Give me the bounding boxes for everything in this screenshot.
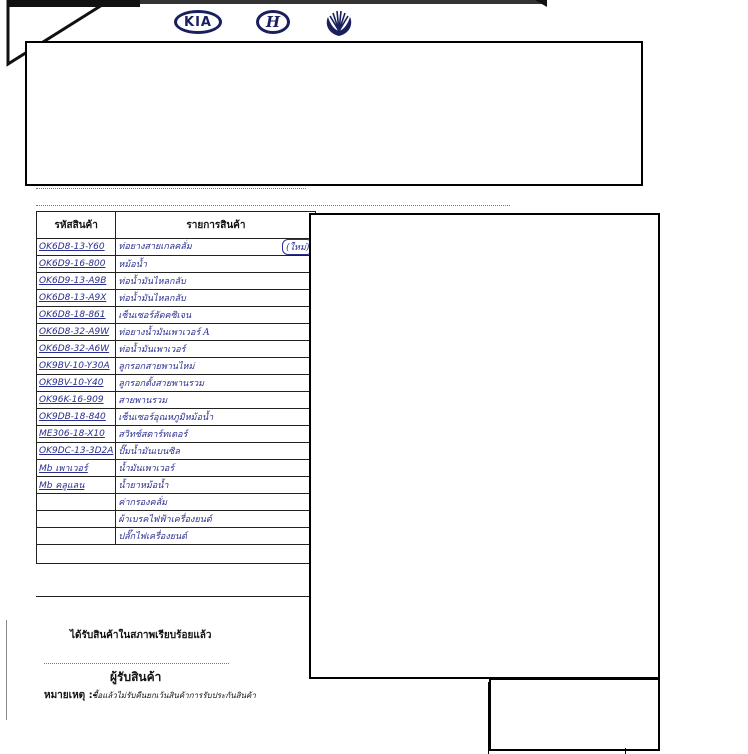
product-description-text: เซ็นเซอร์ลัดคซิเจน bbox=[118, 311, 191, 321]
table-row bbox=[37, 545, 316, 564]
product-code-cell bbox=[37, 528, 116, 545]
receiver-label: ผู้รับสินค้า bbox=[110, 668, 161, 687]
product-code-cell: OK6D8-32-A9W bbox=[37, 324, 116, 341]
product-description-cell: ท่อน้ำมันเพาเวอร์ bbox=[116, 341, 316, 358]
table-row: Mb คลูแลนน้ำยาหม้อน้ำ bbox=[37, 477, 316, 494]
header-product-code: รหัสสินค้า bbox=[37, 212, 116, 239]
table-bottom-border bbox=[36, 596, 310, 597]
table-row: ค่ากรองคลั่ม bbox=[37, 494, 316, 511]
product-description-cell: เซ็นเซอร์ลัดคซิเจน bbox=[116, 307, 316, 324]
table-row: OK6D8-32-A9Wท่อยางน้ำมันเพาเวอร์ A bbox=[37, 324, 316, 341]
address-dotted-line bbox=[36, 188, 306, 189]
product-description-cell: หม้อน้ำ bbox=[116, 256, 316, 273]
product-code-cell: OK9DB-18-840 bbox=[37, 409, 116, 426]
table-header-row: รหัสสินค้า รายการสินค้า bbox=[37, 212, 316, 239]
product-code-cell bbox=[37, 494, 116, 511]
table-row: ปลั๊กไฟเครื่องยนต์ bbox=[37, 528, 316, 545]
hyundai-logo: H bbox=[256, 10, 290, 34]
remark-label: หมายเหตุ :- bbox=[44, 688, 97, 703]
product-description-cell: น้ำยาหม้อน้ำ bbox=[116, 477, 316, 494]
product-description-cell: ปลั๊กไฟเครื่องยนต์ bbox=[116, 528, 316, 545]
product-description-text: ผ้าเบรคไฟฟ้าเครื่องยนต์ bbox=[118, 515, 211, 525]
product-code-cell: OK6D8-18-861 bbox=[37, 307, 116, 324]
product-code-cell bbox=[37, 545, 316, 564]
product-code-cell: OK6D9-13-A9B bbox=[37, 273, 116, 290]
header-product-description: รายการสินค้า bbox=[116, 212, 316, 239]
redacted-header-block bbox=[25, 41, 643, 186]
product-description-cell: ลูกรอกสายพานไหม่ bbox=[116, 358, 316, 375]
product-code-cell: OK9BV-10-Y30A bbox=[37, 358, 116, 375]
table-row: OK6D8-13-Y60ท่อยางสายเกลคลั่ม(ใหม่) bbox=[37, 239, 316, 256]
product-description-text: สวิทช์สตาร์ทเตอร์ bbox=[118, 430, 187, 440]
product-description-text: น้ำยาหม้อน้ำ bbox=[118, 481, 168, 491]
product-description-text: เซ็นเซอร์อุณหภูมิหม้อน้ำ bbox=[118, 413, 213, 423]
product-description-text: ค่ากรองคลั่ม bbox=[118, 498, 167, 508]
redacted-table-columns bbox=[309, 213, 660, 679]
received-statement: ได้รับสินค้าในสภาพเรียบร้อยแล้ว bbox=[70, 628, 212, 643]
product-code-cell: OK6D8-32-A6W bbox=[37, 341, 116, 358]
product-code-cell: OK6D9-16-800 bbox=[37, 256, 116, 273]
product-description-cell: ท่อยางสายเกลคลั่ม(ใหม่) bbox=[116, 239, 316, 256]
product-description-text: น้ำมันเพาเวอร์ bbox=[118, 464, 174, 474]
table-row: OK9BV-10-Y30Aลูกรอกสายพานไหม่ bbox=[37, 358, 316, 375]
product-description-cell: เซ็นเซอร์อุณหภูมิหม้อน้ำ bbox=[116, 409, 316, 426]
product-description-cell: สวิทช์สตาร์ทเตอร์ bbox=[116, 426, 316, 443]
signature-dotted-line bbox=[44, 663, 229, 664]
product-description-cell: สายพานรวม bbox=[116, 392, 316, 409]
product-code-cell: OK9BV-10-Y40 bbox=[37, 375, 116, 392]
table-row: ผ้าเบรคไฟฟ้าเครื่องยนต์ bbox=[37, 511, 316, 528]
product-code-cell: OK6D8-13-Y60 bbox=[37, 239, 116, 256]
signature-block-tick bbox=[625, 748, 626, 754]
table-row: ME306-18-X10สวิทช์สตาร์ทเตอร์ bbox=[37, 426, 316, 443]
product-code-cell: OK96K-16-909 bbox=[37, 392, 116, 409]
header-banner-bar bbox=[130, 0, 545, 4]
product-description-cell: ปั๊มน้ำมันเบนซิล bbox=[116, 443, 316, 460]
table-row: OK9BV-10-Y40ลูกรอกตั้งสายพานรวม bbox=[37, 375, 316, 392]
separator-dotted-line bbox=[36, 205, 510, 206]
product-code-cell: OK9DC-13-3D2A bbox=[37, 443, 116, 460]
items-table: รหัสสินค้า รายการสินค้า OK6D8-13-Y60ท่อย… bbox=[36, 211, 316, 564]
product-description-text: ท่อยางน้ำมันเพาเวอร์ A bbox=[118, 328, 209, 338]
product-description-cell: ลูกรอกตั้งสายพานรวม bbox=[116, 375, 316, 392]
product-description-text: ท่อน้ำมันไหลกลับ bbox=[118, 277, 185, 287]
product-code-cell bbox=[37, 511, 116, 528]
table-row: OK9DC-13-3D2Aปั๊มน้ำมันเบนซิล bbox=[37, 443, 316, 460]
product-code-cell: OK6D8-13-A9X bbox=[37, 290, 116, 307]
product-description-text: ลูกรอกสายพานไหม่ bbox=[118, 362, 194, 372]
product-description-text: สายพานรวม bbox=[118, 396, 167, 406]
product-description-text: ท่อน้ำมันเพาเวอร์ bbox=[118, 345, 185, 355]
product-description-text: ลูกรอกตั้งสายพานรวม bbox=[118, 379, 204, 389]
table-row: Mb เพาเวอร์น้ำมันเพาเวอร์ bbox=[37, 460, 316, 477]
table-row: OK6D8-18-861เซ็นเซอร์ลัดคซิเจน bbox=[37, 307, 316, 324]
redacted-signature-block bbox=[489, 678, 660, 751]
header-banner-corner-right bbox=[535, 0, 549, 8]
product-code-cell: Mb คลูแลน bbox=[37, 477, 116, 494]
remark-text: ซื้อแล้วไม่รับคืนยกเว้นสินค้าการรับประกั… bbox=[92, 689, 256, 702]
table-row: OK6D8-32-A6Wท่อน้ำมันเพาเวอร์ bbox=[37, 341, 316, 358]
product-description-text: ปั๊มน้ำมันเบนซิล bbox=[118, 447, 180, 457]
product-description-text: ท่อยางสายเกลคลั่ม bbox=[118, 242, 191, 252]
daewoo-logo bbox=[323, 9, 355, 37]
product-description-text: ท่อน้ำมันไหลกลับ bbox=[118, 294, 185, 304]
product-code-cell: ME306-18-X10 bbox=[37, 426, 116, 443]
table-row: OK6D8-13-A9Xท่อน้ำมันไหลกลับ bbox=[37, 290, 316, 307]
product-description-cell: ผ้าเบรคไฟฟ้าเครื่องยนต์ bbox=[116, 511, 316, 528]
product-description-cell: ท่อยางน้ำมันเพาเวอร์ A bbox=[116, 324, 316, 341]
product-description-text: ปลั๊กไฟเครื่องยนต์ bbox=[118, 532, 187, 542]
product-description-cell: น้ำมันเพาเวอร์ bbox=[116, 460, 316, 477]
product-description-text: หม้อน้ำ bbox=[118, 260, 146, 270]
product-description-cell: ค่ากรองคลั่ม bbox=[116, 494, 316, 511]
page-edge-line bbox=[6, 620, 7, 720]
product-description-cell: ท่อน้ำมันไหลกลับ bbox=[116, 273, 316, 290]
table-row: OK9DB-18-840เซ็นเซอร์อุณหภูมิหม้อน้ำ bbox=[37, 409, 316, 426]
product-code-cell: Mb เพาเวอร์ bbox=[37, 460, 116, 477]
kia-logo: KIA bbox=[174, 10, 222, 34]
signature-block-edge bbox=[488, 682, 489, 754]
table-row: OK6D9-16-800หม้อน้ำ bbox=[37, 256, 316, 273]
product-description-cell: ท่อน้ำมันไหลกลับ bbox=[116, 290, 316, 307]
table-row: OK96K-16-909สายพานรวม bbox=[37, 392, 316, 409]
table-row: OK6D9-13-A9Bท่อน้ำมันไหลกลับ bbox=[37, 273, 316, 290]
